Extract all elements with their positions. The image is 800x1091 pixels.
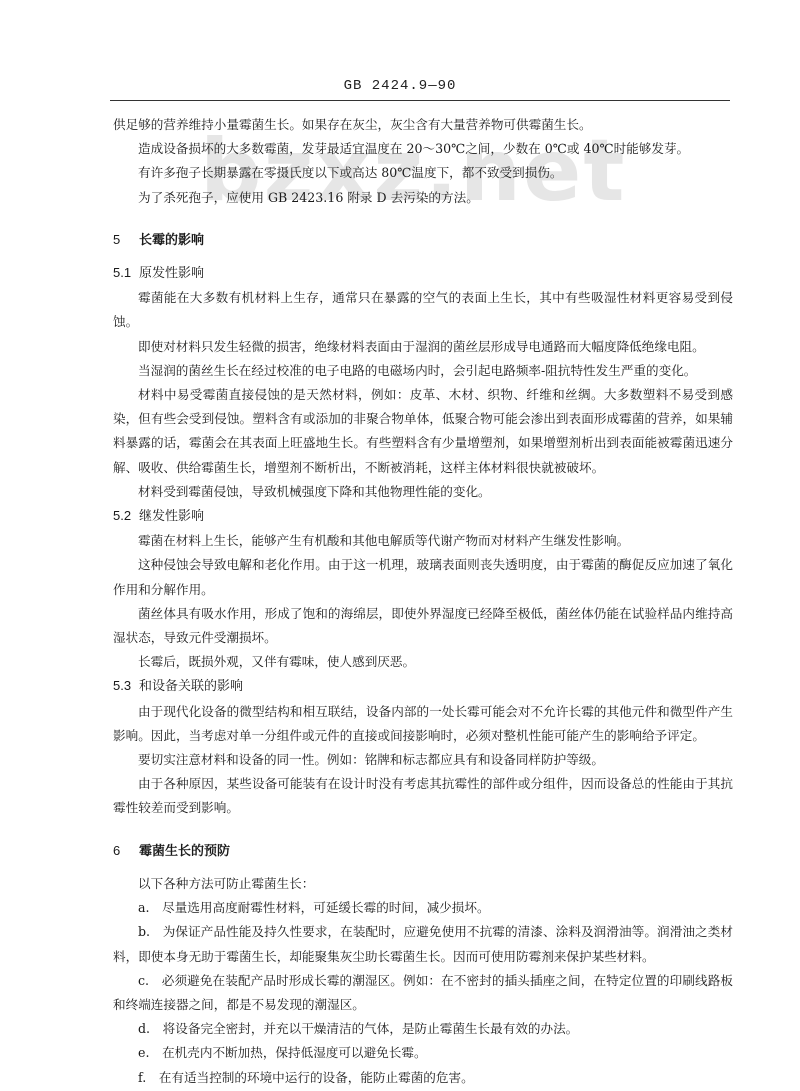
paragraph: 即使对材料只发生轻微的损害，绝缘材料表面由于湿润的菌丝层形成导电通路而大幅度降低… [113,335,733,359]
section-title: 霉菌生长的预防 [139,844,230,859]
subsection-title: 继发性影响 [139,509,204,524]
section-heading-5: 5长霉的影响 [113,228,733,253]
list-text: 尽量选用高度耐霉性材料，可延缓长霉的时间，减少损坏。 [162,900,489,915]
list-text: 为保证产品性能及持久性要求，在装配时，应避免使用不抗霉的清漆、涂料及润滑油等。润… [113,924,733,963]
paragraph: 材料中易受霉菌直接侵蚀的是天然材料，例如：皮革、木材、织物、纤维和丝绸。大多数塑… [113,383,733,480]
subsection-number: 5.1 [113,261,139,285]
subsection-heading-5-1: 5.1原发性影响 [113,261,733,286]
paragraph: 菌丝体具有吸水作用，形成了饱和的海绵层，即使外界湿度已经降至极低，菌丝体仍能在试… [113,602,733,650]
paragraph: 这种侵蚀会导致电解和老化作用。由于这一机理，玻璃表面则丧失透明度，由于霉菌的酶促… [113,553,733,601]
section-heading-6: 6霉菌生长的预防 [113,839,733,864]
paragraph: 由于各种原因，某些设备可能装有在设计时没有考虑其抗霉性的部件或分组件，因而设备总… [113,772,733,820]
section-title: 长霉的影响 [139,233,204,248]
list-text: 在机壳内不断加热，保持低湿度可以避免长霉。 [162,1045,426,1060]
subsection-number: 5.2 [113,504,139,528]
paragraph: 由于现代化设备的微型结构和相互联结，设备内部的一处长霉可能会对不允许长霉的其他元… [113,700,733,748]
subsection-heading-5-2: 5.2继发性影响 [113,504,733,529]
paragraph: 当湿润的菌丝生长在经过校准的电子电路的电磁场内时，会引起电路频率-阻抗特性发生严… [113,359,733,383]
list-item-b: b. 为保证产品性能及持久性要求，在装配时，应避免使用不抗霉的清漆、涂料及润滑油… [113,920,733,968]
list-item-f: f. 在有适当控制的环境中运行的设备，能防止霉菌的危害。 [113,1066,733,1090]
header-rule [110,100,730,101]
list-item-a: a. 尽量选用高度耐霉性材料，可延缓长霉的时间，减少损坏。 [113,896,733,920]
list-marker: e. [138,1045,149,1060]
document-page: GB 2424.9—90 bzxz.net 供足够的营养维持小量霉菌生长。如果存… [0,0,800,1091]
list-text: 在有适当控制的环境中运行的设备，能防止霉菌的危害。 [159,1070,474,1085]
document-body: 供足够的营养维持小量霉菌生长。如果存在灰尘，灰尘含有大量营养物可供霉菌生长。 造… [113,113,733,1090]
paragraph: 为了杀死孢子，应使用 GB 2423.16 附录 D 去污染的方法。 [113,186,733,210]
list-marker: c. [138,973,149,988]
paragraph: 长霉后，既损外观，又伴有霉味，使人感到厌恶。 [113,650,733,674]
list-item-c: c. 必须避免在装配产品时形成长霉的潮湿区。例如：在不密封的插头插座之间，在特定… [113,969,733,1017]
list-marker: d. [138,1021,150,1036]
section-number: 6 [113,839,139,863]
list-marker: a. [138,900,150,915]
subsection-title: 原发性影响 [139,266,204,281]
paragraph: 有许多孢子长期暴露在零摄氏度以下或高达 80℃温度下，都不致受到损伤。 [113,161,733,185]
subsection-title: 和设备关联的影响 [139,679,243,694]
list-marker: f. [138,1070,146,1085]
paragraph: 材料受到霉菌侵蚀，导致机械强度下降和其他物理性能的变化。 [113,480,733,504]
section-number: 5 [113,228,139,252]
paragraph: 霉菌能在大多数有机材料上生存，通常只在暴露的空气的表面上生长，其中有些吸湿性材料… [113,286,733,334]
standard-code-header: GB 2424.9—90 [0,78,800,94]
list-marker: b. [138,924,150,939]
subsection-number: 5.3 [113,674,139,698]
paragraph: 以下各种方法可防止霉菌生长： [113,872,733,896]
paragraph: 霉菌在材料上生长，能够产生有机酸和其他电解质等代谢产物而对材料产生继发性影响。 [113,529,733,553]
list-text: 将设备完全密封，并充以干燥清洁的气体，是防止霉菌生长最有效的办法。 [163,1021,579,1036]
subsection-heading-5-3: 5.3和设备关联的影响 [113,674,733,699]
paragraph: 造成设备损坏的大多数霉菌，发芽最适宜温度在 20～30℃之间，少数在 0℃或 4… [113,137,733,161]
list-item-e: e. 在机壳内不断加热，保持低湿度可以避免长霉。 [113,1041,733,1065]
list-text: 必须避免在装配产品时形成长霉的潮湿区。例如：在不密封的插头插座之间，在特定位置的… [113,973,733,1012]
paragraph: 供足够的营养维持小量霉菌生长。如果存在灰尘，灰尘含有大量营养物可供霉菌生长。 [113,113,733,137]
list-item-d: d. 将设备完全密封，并充以干燥清洁的气体，是防止霉菌生长最有效的办法。 [113,1017,733,1041]
paragraph: 要切实注意材料和设备的同一性。例如：铭牌和标志都应具有和设备同样防护等级。 [113,748,733,772]
